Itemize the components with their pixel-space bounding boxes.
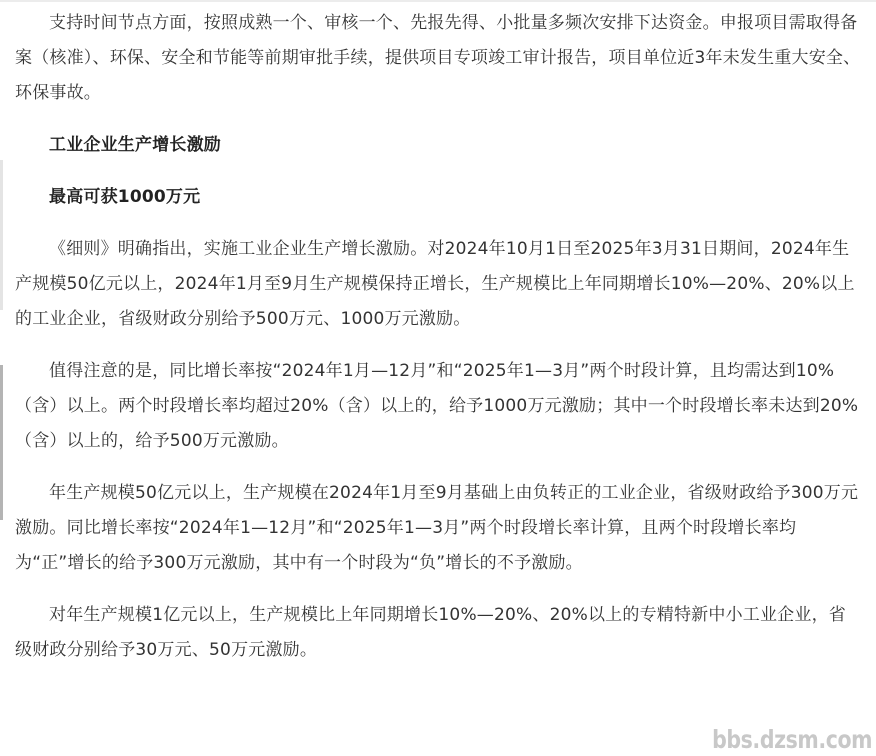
left-edge-shadow-dark [0,365,3,520]
paragraph-sme-incentive: 对年生产规模1亿元以上，生产规模比上年同期增长10%—20%、20%以上的专精特… [15,598,863,668]
left-edge-shadow-light [0,160,3,310]
section-subheading: 最高可获1000万元 [15,180,863,215]
paragraph-turnaround-incentive: 年生产规模50亿元以上，生产规模在2024年1月至9月基础上由负转正的工业企业，… [15,476,863,581]
top-divider [0,0,876,2]
paragraph-rules-overview: 《细则》明确指出，实施工业企业生产增长激励。对2024年10月1日至2025年3… [15,232,863,337]
paragraph-funding-timeline: 支持时间节点方面，按照成熟一个、审核一个、先报先得、小批量多频次安排下达资金。申… [15,6,863,111]
section-heading: 工业企业生产增长激励 [15,128,863,163]
site-watermark: bbs.dzsm.com [712,725,872,754]
article-body: 支持时间节点方面，按照成熟一个、审核一个、先报先得、小批量多频次安排下达资金。申… [15,6,863,685]
paragraph-growth-rate-note: 值得注意的是，同比增长率按“2024年1月—12月”和“2025年1—3月”两个… [15,354,863,459]
